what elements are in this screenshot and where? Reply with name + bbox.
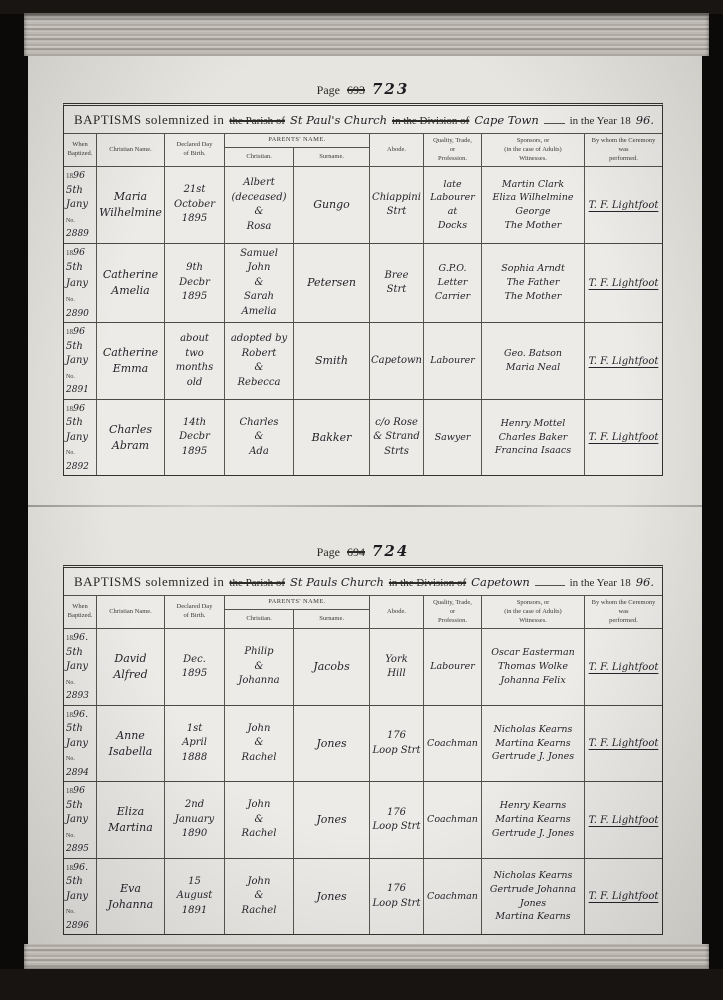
- cell-sponsors: Martin ClarkEliza WilhelmineGeorgeThe Mo…: [481, 167, 584, 243]
- cell-declared-birth-line: 1895: [182, 667, 207, 682]
- cell-parents-christian-line: Charles: [239, 416, 278, 431]
- cell-quality-trade: Sawyer: [423, 400, 481, 476]
- cell-quality-trade-line: Labourer: [430, 354, 475, 368]
- cell-declared-birth: 14thDecbr1895: [164, 400, 224, 476]
- number-value: 2890: [66, 309, 89, 319]
- cell-declared-birth-line: months: [176, 361, 214, 376]
- ruled-line: [535, 577, 565, 586]
- cell-sponsors: Henry MottelCharles BakerFrancina Isaacs: [481, 400, 584, 476]
- cell-declared-birth-line: 1891: [182, 904, 207, 919]
- title-prefix: BAPTISMS solemnized in: [74, 112, 224, 128]
- cell-parents-christian-line: &: [255, 276, 264, 291]
- year-script: 96: [73, 785, 85, 796]
- when-year: 1896: [66, 784, 85, 799]
- cell-sponsors-line: The Mother: [505, 290, 562, 304]
- cell-parents-christian-line: Ada: [249, 445, 269, 460]
- cell-parents-christian-line: John: [248, 798, 271, 813]
- cell-abode-line: York: [385, 653, 408, 668]
- cell-declared-birth: Dec.1895: [164, 629, 224, 705]
- when-year: 1896.: [66, 708, 88, 723]
- year-script: 96: [73, 326, 85, 337]
- cell-parents-christian: SamuelJohn&Sarah Amelia: [224, 244, 293, 323]
- cell-declared-birth-line: 1st: [187, 722, 203, 737]
- cell-declared-birth-line: 1895: [182, 290, 207, 305]
- when-year: 1896.: [66, 631, 88, 646]
- year-printed-prefix: 18: [66, 711, 73, 719]
- col-sponsors-witnesses: Sponsors, or (in the case of Adults) Wit…: [481, 134, 584, 166]
- parents-name-group-label: PARENTS' NAME.: [225, 596, 369, 610]
- handwritten-page-number: 723: [372, 80, 409, 98]
- cell-parents-christian-line: &: [255, 813, 264, 828]
- cell-abode-line: Bree: [385, 269, 409, 284]
- col-quality-trade-profession: Quality, Trade, or Profession.: [423, 134, 481, 166]
- cell-parents-christian: Charles&Ada: [224, 400, 293, 476]
- number-label: No.: [66, 833, 75, 839]
- page-word: Page: [317, 83, 340, 98]
- cell-surname-line: Petersen: [307, 275, 356, 291]
- cell-surname: Jones: [293, 859, 369, 935]
- cell-parents-christian-line: Robert: [242, 347, 277, 362]
- cell-minister: T. F. Lightfoot: [584, 323, 662, 399]
- cell-quality-trade-line: Carrier: [435, 290, 470, 304]
- year-script: 96.: [636, 575, 654, 589]
- cell-minister: T. F. Lightfoot: [584, 244, 662, 323]
- cell-parents-christian-line: Rebecca: [238, 376, 281, 391]
- cell-parents-christian: Albert(deceased)&Rosa: [224, 167, 293, 243]
- struck-parish-of: the Parish of: [229, 577, 285, 589]
- cell-christian-name: ElizaMartina: [96, 782, 164, 858]
- when-year: 1896: [66, 169, 85, 184]
- cell-quality-trade-line: Labourer: [430, 191, 475, 205]
- church-name: St Pauls Church: [290, 575, 384, 589]
- cell-parents-christian-line: Albert: [243, 176, 275, 191]
- cell-surname: Jacobs: [293, 629, 369, 705]
- cell-christian-name: EvaJohanna: [96, 859, 164, 935]
- page-word: Page: [317, 545, 340, 560]
- cell-sponsors-line: Gertrude Johanna: [490, 883, 576, 897]
- cell-declared-birth-line: April: [182, 736, 207, 751]
- col-ceremony-performed-by: By whom the Ceremony was performed.: [584, 134, 662, 166]
- cell-sponsors: Sophia ArndtThe FatherThe Mother: [481, 244, 584, 323]
- when-month: Jany: [66, 431, 88, 446]
- cell-parents-christian: John&Rachel: [224, 782, 293, 858]
- when-month: Jany: [66, 277, 88, 292]
- col-sponsors-witnesses: Sponsors, or (in the case of Adults) Wit…: [481, 596, 584, 628]
- cell-sponsors: Nicholas KearnsMartina KearnsGertrude J.…: [481, 706, 584, 782]
- when-month: Jany: [66, 198, 88, 213]
- cell-when-baptized: 1896.5thJanyNo. 2894: [64, 706, 96, 782]
- printed-page-number: 694: [347, 545, 365, 560]
- baptism-table: BAPTISMS solemnized in the Parish of St …: [63, 565, 663, 935]
- cell-minister: T. F. Lightfoot: [584, 706, 662, 782]
- record-number: No. 2890: [66, 292, 95, 321]
- cell-christian-name-line: Johanna: [108, 897, 153, 913]
- cell-parents-christian-line: John: [248, 722, 271, 737]
- cell-declared-birth-line: Decbr: [179, 430, 210, 445]
- baptism-records: 1896.5thJanyNo. 2893DavidAlfredDec.1895P…: [64, 629, 662, 934]
- baptism-table: BAPTISMS solemnized in the Parish of St …: [63, 103, 663, 476]
- cell-parents-christian: adopted byRobert&Rebecca: [224, 323, 293, 399]
- col-christian-name: Christian Name.: [96, 134, 164, 166]
- cell-sponsors-line: George: [515, 205, 550, 219]
- cell-sponsors-line: Thomas Wolke: [498, 660, 568, 674]
- year-script: 96: [73, 247, 85, 258]
- cell-abode-line: 176: [387, 806, 406, 821]
- baptism-record-row: 18965thJanyNo. 2890CatherineAmelia9thDec…: [64, 243, 662, 323]
- cell-minister: T. F. Lightfoot: [584, 400, 662, 476]
- ruled-line: [544, 115, 565, 124]
- cell-surname: Jones: [293, 706, 369, 782]
- col-parent-christian: Christian.: [225, 610, 293, 629]
- cell-parents-christian-line: &: [255, 361, 264, 376]
- year-printed-prefix: 18: [66, 634, 73, 642]
- cell-christian-name: CatherineEmma: [96, 323, 164, 399]
- col-parent-christian: Christian.: [225, 148, 293, 167]
- col-parent-surname: Surname.: [293, 610, 369, 629]
- cell-abode-line: Hill: [387, 667, 405, 682]
- col-abode: Abode.: [369, 596, 423, 628]
- cell-sponsors-line: The Father: [507, 276, 560, 290]
- minister-signature: T. F. Lightfoot: [589, 432, 659, 443]
- col-abode: Abode.: [369, 134, 423, 166]
- baptism-record-row: 1896.5thJanyNo. 2894AnneIsabella1stApril…: [64, 705, 662, 782]
- cell-when-baptized: 1896.5thJanyNo. 2893: [64, 629, 96, 705]
- number-label: No.: [66, 756, 75, 762]
- cell-quality-trade-line: G.P.O.: [438, 262, 466, 276]
- number-value: 2894: [66, 768, 89, 778]
- cell-surname-line: Jones: [316, 889, 346, 905]
- minister-signature: T. F. Lightfoot: [589, 356, 659, 367]
- cell-quality-trade-line: late: [443, 178, 461, 192]
- cell-quality-trade: Labourer: [423, 629, 481, 705]
- cell-declared-birth: 21stOctober1895: [164, 167, 224, 243]
- minister-signature: T. F. Lightfoot: [589, 200, 659, 211]
- cell-minister: T. F. Lightfoot: [584, 859, 662, 935]
- minister-signature: T. F. Lightfoot: [589, 662, 659, 673]
- number-value: 2896: [66, 921, 89, 931]
- year-prefix: in the Year 18: [570, 577, 631, 589]
- cell-abode-line: & Strand: [373, 430, 420, 445]
- minister-signature: T. F. Lightfoot: [589, 815, 659, 826]
- when-month: Jany: [66, 354, 88, 369]
- when-day: 5th: [66, 646, 83, 661]
- cell-abode-line: Loop Strt: [373, 820, 421, 835]
- when-day: 5th: [66, 799, 83, 814]
- cell-sponsors-line: Charles Baker: [499, 431, 568, 445]
- record-number: No. 2893: [66, 675, 95, 704]
- cell-christian-name-line: Martina: [108, 820, 153, 836]
- cell-declared-birth: 1stApril1888: [164, 706, 224, 782]
- cell-surname: Smith: [293, 323, 369, 399]
- page-fold-seam: [28, 505, 702, 507]
- cell-sponsors: Henry KearnsMartina KearnsGertrude J. Jo…: [481, 782, 584, 858]
- column-header-row: When Baptized. Christian Name. Declared …: [64, 134, 662, 167]
- number-value: 2891: [66, 385, 89, 395]
- cell-abode: Capetown: [369, 323, 423, 399]
- cell-christian-name: MariaWilhelmine: [96, 167, 164, 243]
- cell-parents-christian: John&Rachel: [224, 706, 293, 782]
- cell-christian-name-line: Charles: [109, 422, 152, 438]
- cell-christian-name-line: Alfred: [113, 667, 147, 683]
- col-quality-trade-profession: Quality, Trade, or Profession.: [423, 596, 481, 628]
- cell-declared-birth-line: Dec.: [183, 653, 206, 668]
- cell-sponsors-line: Nicholas Kearns: [494, 723, 573, 737]
- cell-declared-birth-line: October: [174, 198, 215, 213]
- when-day: 5th: [66, 184, 83, 199]
- year-printed-prefix: 18: [66, 864, 73, 872]
- cell-declared-birth: 9thDecbr1895: [164, 244, 224, 323]
- cell-when-baptized: 18965thJanyNo. 2890: [64, 244, 96, 323]
- year-printed-prefix: 18: [66, 787, 73, 795]
- number-label: No.: [66, 374, 75, 380]
- cell-quality-trade: Coachman: [423, 782, 481, 858]
- baptism-records: 18965thJanyNo. 2889MariaWilhelmine21stOc…: [64, 167, 662, 475]
- cell-christian-name-line: Eliza: [117, 804, 144, 820]
- cell-parents-christian-line: Rachel: [242, 751, 277, 766]
- number-value: 2889: [66, 229, 89, 239]
- cell-parents-christian-line: &: [255, 430, 264, 445]
- number-value: 2893: [66, 691, 89, 701]
- cell-christian-name-line: Catherine: [103, 267, 158, 283]
- cell-abode: BreeStrt: [369, 244, 423, 323]
- cell-christian-name-line: Amelia: [111, 283, 149, 299]
- year-script: 96.: [73, 862, 88, 873]
- cell-quality-trade: Labourer: [423, 323, 481, 399]
- cell-parents-christian-line: &: [255, 736, 264, 751]
- cell-quality-trade-line: Labourer: [430, 660, 475, 674]
- page-edges-bottom: [24, 944, 709, 971]
- cell-sponsors-line: Geo. Batson: [504, 347, 562, 361]
- cell-sponsors: Oscar EastermanThomas WolkeJohanna Felix: [481, 629, 584, 705]
- cell-sponsors: Geo. BatsonMaria Neal: [481, 323, 584, 399]
- cell-sponsors-line: Eliza Wilhelmine: [493, 191, 574, 205]
- year-printed-prefix: 18: [66, 405, 73, 413]
- baptism-record-row: 18965thJanyNo. 2892CharlesAbram14thDecbr…: [64, 399, 662, 476]
- cell-parents-christian-line: John: [248, 261, 271, 276]
- cell-minister: T. F. Lightfoot: [584, 167, 662, 243]
- cell-declared-birth-line: 1895: [182, 212, 207, 227]
- cell-sponsors-line: Martina Kearns: [495, 910, 570, 924]
- cell-christian-name-line: Emma: [113, 361, 148, 377]
- cell-sponsors-line: Jones: [520, 897, 546, 911]
- cell-parents-christian-line: Johanna: [238, 674, 279, 689]
- year-script: 96: [73, 403, 85, 414]
- baptism-record-row: 18965thJanyNo. 2895ElizaMartina2ndJanuar…: [64, 781, 662, 858]
- table-title: BAPTISMS solemnized in the Parish of St …: [64, 568, 662, 596]
- cell-christian-name-line: Wilhelmine: [99, 205, 162, 221]
- cell-abode: c/o Rose& StrandStrts: [369, 400, 423, 476]
- number-label: No.: [66, 450, 75, 456]
- cell-quality-trade-line: Sawyer: [435, 431, 471, 445]
- struck-division-of: in the Division of: [389, 577, 466, 589]
- cell-parents-christian-line: Samuel: [240, 247, 278, 262]
- when-year: 1896: [66, 325, 85, 340]
- cell-parents-christian-line: &: [255, 205, 264, 220]
- cell-quality-trade: Coachman: [423, 706, 481, 782]
- cell-declared-birth-line: 1888: [182, 751, 207, 766]
- page-number-line: Page 694 724: [63, 542, 663, 560]
- cell-surname-line: Jones: [316, 812, 346, 828]
- cell-quality-trade-line: Coachman: [427, 737, 478, 751]
- cell-abode: 176Loop Strt: [369, 782, 423, 858]
- cell-abode: YorkHill: [369, 629, 423, 705]
- cell-parents-christian-line: Philip: [244, 645, 273, 660]
- cell-christian-name-line: Abram: [112, 438, 149, 454]
- cell-quality-trade: Coachman: [423, 859, 481, 935]
- col-parent-surname: Surname.: [293, 148, 369, 167]
- baptism-record-row: 1896.5thJanyNo. 2893DavidAlfredDec.1895P…: [64, 629, 662, 705]
- cell-abode-line: 176: [387, 729, 406, 744]
- cell-abode-line: Chiappini: [372, 191, 421, 206]
- cell-parents-christian-line: Sarah Amelia: [227, 290, 291, 319]
- year-printed-prefix: 18: [66, 172, 73, 180]
- col-declared-day-of-birth: Declared Day of Birth.: [164, 134, 224, 166]
- cell-christian-name: CharlesAbram: [96, 400, 164, 476]
- cell-declared-birth-line: 14th: [183, 416, 206, 431]
- church-name: St Paul's Church: [290, 113, 387, 127]
- cell-parents-christian-line: Rachel: [242, 827, 277, 842]
- year-printed-prefix: 18: [66, 249, 73, 257]
- cell-declared-birth-line: August: [177, 889, 213, 904]
- cell-quality-trade: lateLaboureratDocks: [423, 167, 481, 243]
- cell-declared-birth-line: 1890: [182, 827, 207, 842]
- cell-sponsors-line: Gertrude J. Jones: [492, 827, 574, 841]
- cell-parents-christian-line: (deceased): [231, 191, 286, 206]
- number-value: 2892: [66, 462, 89, 472]
- number-value: 2895: [66, 844, 89, 854]
- cell-abode-line: 176: [387, 882, 406, 897]
- cell-surname-line: Jacobs: [313, 659, 349, 675]
- cell-christian-name: CatherineAmelia: [96, 244, 164, 323]
- year-printed-prefix: 18: [66, 328, 73, 336]
- cell-christian-name-line: Anne: [116, 728, 145, 744]
- cell-sponsors-line: The Mother: [505, 219, 562, 233]
- title-prefix: BAPTISMS solemnized in: [74, 574, 224, 590]
- cell-minister: T. F. Lightfoot: [584, 782, 662, 858]
- handwritten-page-number: 724: [372, 542, 409, 560]
- when-year: 1896: [66, 246, 85, 261]
- cell-abode-line: c/o Rose: [375, 416, 418, 431]
- cell-when-baptized: 18965thJanyNo. 2892: [64, 400, 96, 476]
- cell-declared-birth-line: old: [187, 376, 203, 391]
- page-edges-top: [24, 13, 709, 56]
- when-day: 5th: [66, 416, 83, 431]
- cell-sponsors: Nicholas KearnsGertrude JohannaJonesMart…: [481, 859, 584, 935]
- cell-christian-name: DavidAlfred: [96, 629, 164, 705]
- cell-declared-birth-line: 15: [188, 875, 201, 890]
- cell-abode: ChiappiniStrt: [369, 167, 423, 243]
- year-script: 96.: [73, 709, 88, 720]
- cell-declared-birth-line: 1895: [182, 445, 207, 460]
- cell-abode-line: Loop Strt: [373, 744, 421, 759]
- baptism-record-row: 18965thJanyNo. 2891CatherineEmmaabouttwo…: [64, 322, 662, 399]
- cell-parents-christian-line: adopted by: [231, 332, 287, 347]
- cell-sponsors-line: Maria Neal: [506, 361, 560, 375]
- record-number: No. 2895: [66, 828, 95, 857]
- baptism-record-row: 18965thJanyNo. 2889MariaWilhelmine21stOc…: [64, 167, 662, 243]
- place-name: Capetown: [471, 575, 530, 589]
- cell-declared-birth-line: 2nd: [185, 798, 204, 813]
- when-day: 5th: [66, 340, 83, 355]
- when-year: 1896: [66, 402, 85, 417]
- cell-surname-line: Gungo: [313, 197, 350, 213]
- when-day: 5th: [66, 875, 83, 890]
- cell-declared-birth: abouttwomonthsold: [164, 323, 224, 399]
- col-parents-name: PARENTS' NAME. Christian. Surname.: [224, 596, 369, 628]
- struck-parish-of: the Parish of: [229, 115, 285, 127]
- col-when-baptized: When Baptized.: [64, 596, 96, 628]
- minister-signature: T. F. Lightfoot: [589, 278, 659, 289]
- cell-christian-name-line: Isabella: [109, 744, 153, 760]
- year-prefix: in the Year 18: [570, 115, 631, 127]
- cell-when-baptized: 18965thJanyNo. 2891: [64, 323, 96, 399]
- col-christian-name: Christian Name.: [96, 596, 164, 628]
- when-month: Jany: [66, 813, 88, 828]
- record-number: No. 2894: [66, 751, 95, 780]
- cell-declared-birth-line: January: [175, 813, 214, 828]
- cell-quality-trade-line: at: [448, 205, 457, 219]
- register-page-spread: Page 693 723 BAPTISMS solemnized in the …: [28, 56, 702, 944]
- record-number: No. 2892: [66, 445, 95, 474]
- table-title: BAPTISMS solemnized in the Parish of St …: [64, 106, 662, 134]
- cell-quality-trade-line: Coachman: [427, 813, 478, 827]
- cell-sponsors-line: Gertrude J. Jones: [492, 750, 574, 764]
- col-parents-name: PARENTS' NAME. Christian. Surname.: [224, 134, 369, 166]
- col-when-baptized: When Baptized.: [64, 134, 96, 166]
- cell-abode-line: Capetown: [371, 354, 422, 369]
- cell-declared-birth-line: 21st: [184, 183, 206, 198]
- book-cover-bottom: [0, 969, 723, 1000]
- col-declared-day-of-birth: Declared Day of Birth.: [164, 596, 224, 628]
- printed-page-number: 693: [347, 83, 365, 98]
- cell-sponsors-line: Martina Kearns: [495, 813, 570, 827]
- cell-declared-birth-line: 9th: [186, 261, 203, 276]
- cell-sponsors-line: Martina Kearns: [495, 737, 570, 751]
- cell-surname: Petersen: [293, 244, 369, 323]
- minister-signature: T. F. Lightfoot: [589, 738, 659, 749]
- baptism-register-photo: Page 693 723 BAPTISMS solemnized in the …: [0, 0, 723, 1000]
- cell-surname: Gungo: [293, 167, 369, 243]
- book-cover-top: [0, 0, 723, 14]
- cell-christian-name-line: Catherine: [103, 345, 158, 361]
- cell-surname: Bakker: [293, 400, 369, 476]
- baptism-record-row: 1896.5thJanyNo. 2896EvaJohanna15August18…: [64, 858, 662, 935]
- cell-parents-christian: John&Rachel: [224, 859, 293, 935]
- col-ceremony-performed-by: By whom the Ceremony was performed.: [584, 596, 662, 628]
- parents-name-group-label: PARENTS' NAME.: [225, 134, 369, 148]
- when-year: 1896.: [66, 861, 88, 876]
- cell-sponsors-line: Martin Clark: [502, 178, 564, 192]
- page-number-line: Page 693 723: [63, 80, 663, 98]
- cell-surname-line: Smith: [315, 353, 348, 369]
- cell-parents-christian-line: &: [255, 889, 264, 904]
- cell-when-baptized: 18965thJanyNo. 2895: [64, 782, 96, 858]
- cell-christian-name: AnneIsabella: [96, 706, 164, 782]
- place-name: Cape Town: [474, 113, 538, 127]
- cell-parents-christian-line: &: [255, 660, 264, 675]
- year-script: 96.: [636, 113, 654, 127]
- cell-parents-christian: Philip&Johanna: [224, 629, 293, 705]
- cell-sponsors-line: Johanna Felix: [500, 674, 565, 688]
- when-month: Jany: [66, 660, 88, 675]
- minister-signature: T. F. Lightfoot: [589, 891, 659, 902]
- cell-sponsors-line: Francina Isaacs: [495, 444, 571, 458]
- when-day: 5th: [66, 722, 83, 737]
- cell-declared-birth: 2ndJanuary1890: [164, 782, 224, 858]
- cell-abode-line: Strt: [387, 205, 407, 220]
- cell-declared-birth-line: Decbr: [179, 276, 210, 291]
- cell-sponsors-line: Henry Mottel: [501, 417, 566, 431]
